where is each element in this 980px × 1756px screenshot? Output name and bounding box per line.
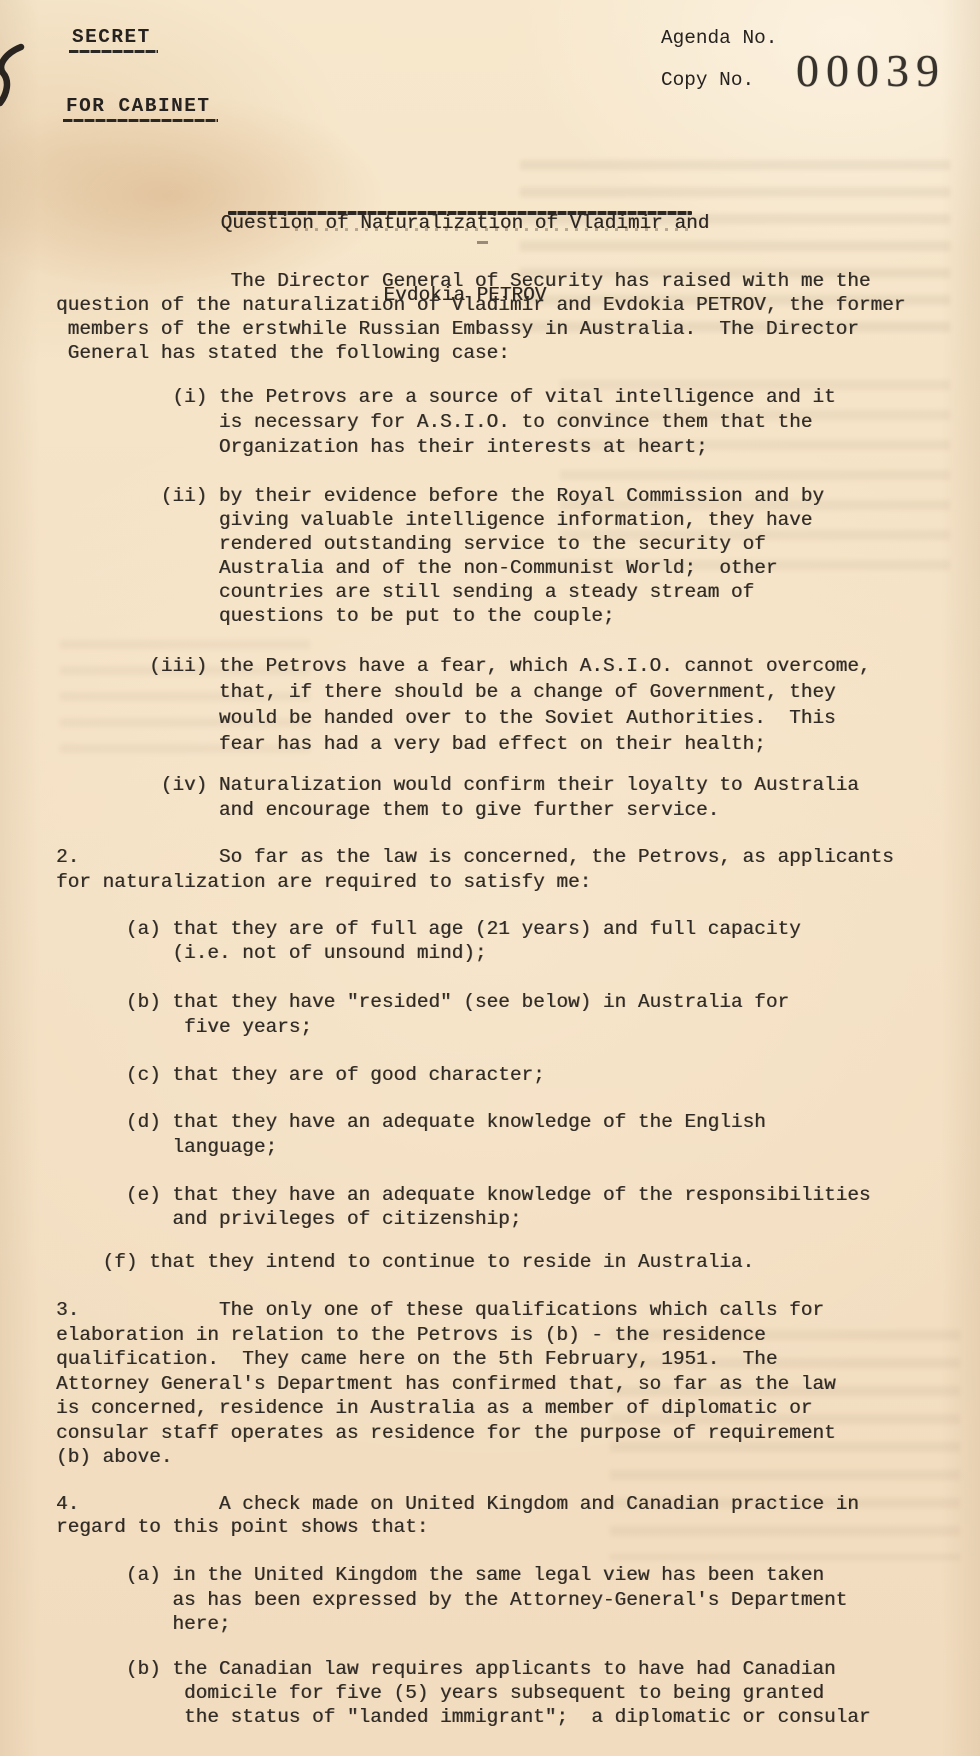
paragraph-4: 4. A check made on United Kingdom and Ca… [56,1493,859,1539]
practice-item-b: (b) the Canadian law requires applicants… [56,1657,871,1729]
requirement-d: (d) that they have an adequate knowledge… [56,1110,766,1160]
document-page: SECRET FOR CABINET Agenda No. Copy No. 0… [0,0,980,1756]
distribution-label: FOR CABINET [66,95,211,117]
practice-item-a: (a) in the United Kingdom the same legal… [56,1563,847,1637]
copy-no-label: Copy No. [661,69,754,91]
paragraph-2: 2. So far as the law is concerned, the P… [56,845,894,895]
list-item-i: (i) the Petrovs are a source of vital in… [56,385,836,460]
list-item-iv: (iv) Naturalization would confirm their … [56,773,859,823]
title-dotted-line [295,228,693,231]
title-dash-mark [477,241,488,244]
copy-number-stamp: 00039 [796,44,946,97]
paragraph-3: 3. The only one of these qualifications … [56,1298,836,1470]
requirement-b: (b) that they have "resided" (see below)… [56,990,789,1040]
ink-mark [0,42,29,116]
list-item-iii: (iii) the Petrovs have a fear, which A.S… [56,653,871,757]
agenda-no-label: Agenda No. [661,27,777,49]
requirement-e: (e) that they have an adequate knowledge… [56,1183,871,1231]
requirement-f: (f) that they intend to continue to resi… [56,1250,754,1274]
classification-stamp: SECRET [72,26,151,48]
paragraph-intro: The Director General of Security has rai… [56,269,905,365]
list-item-ii: (ii) by their evidence before the Royal … [56,484,824,628]
requirement-c: (c) that they are of good character; [56,1063,545,1087]
title-underline [228,211,692,215]
requirement-a: (a) that they are of full age (21 years)… [56,917,801,965]
